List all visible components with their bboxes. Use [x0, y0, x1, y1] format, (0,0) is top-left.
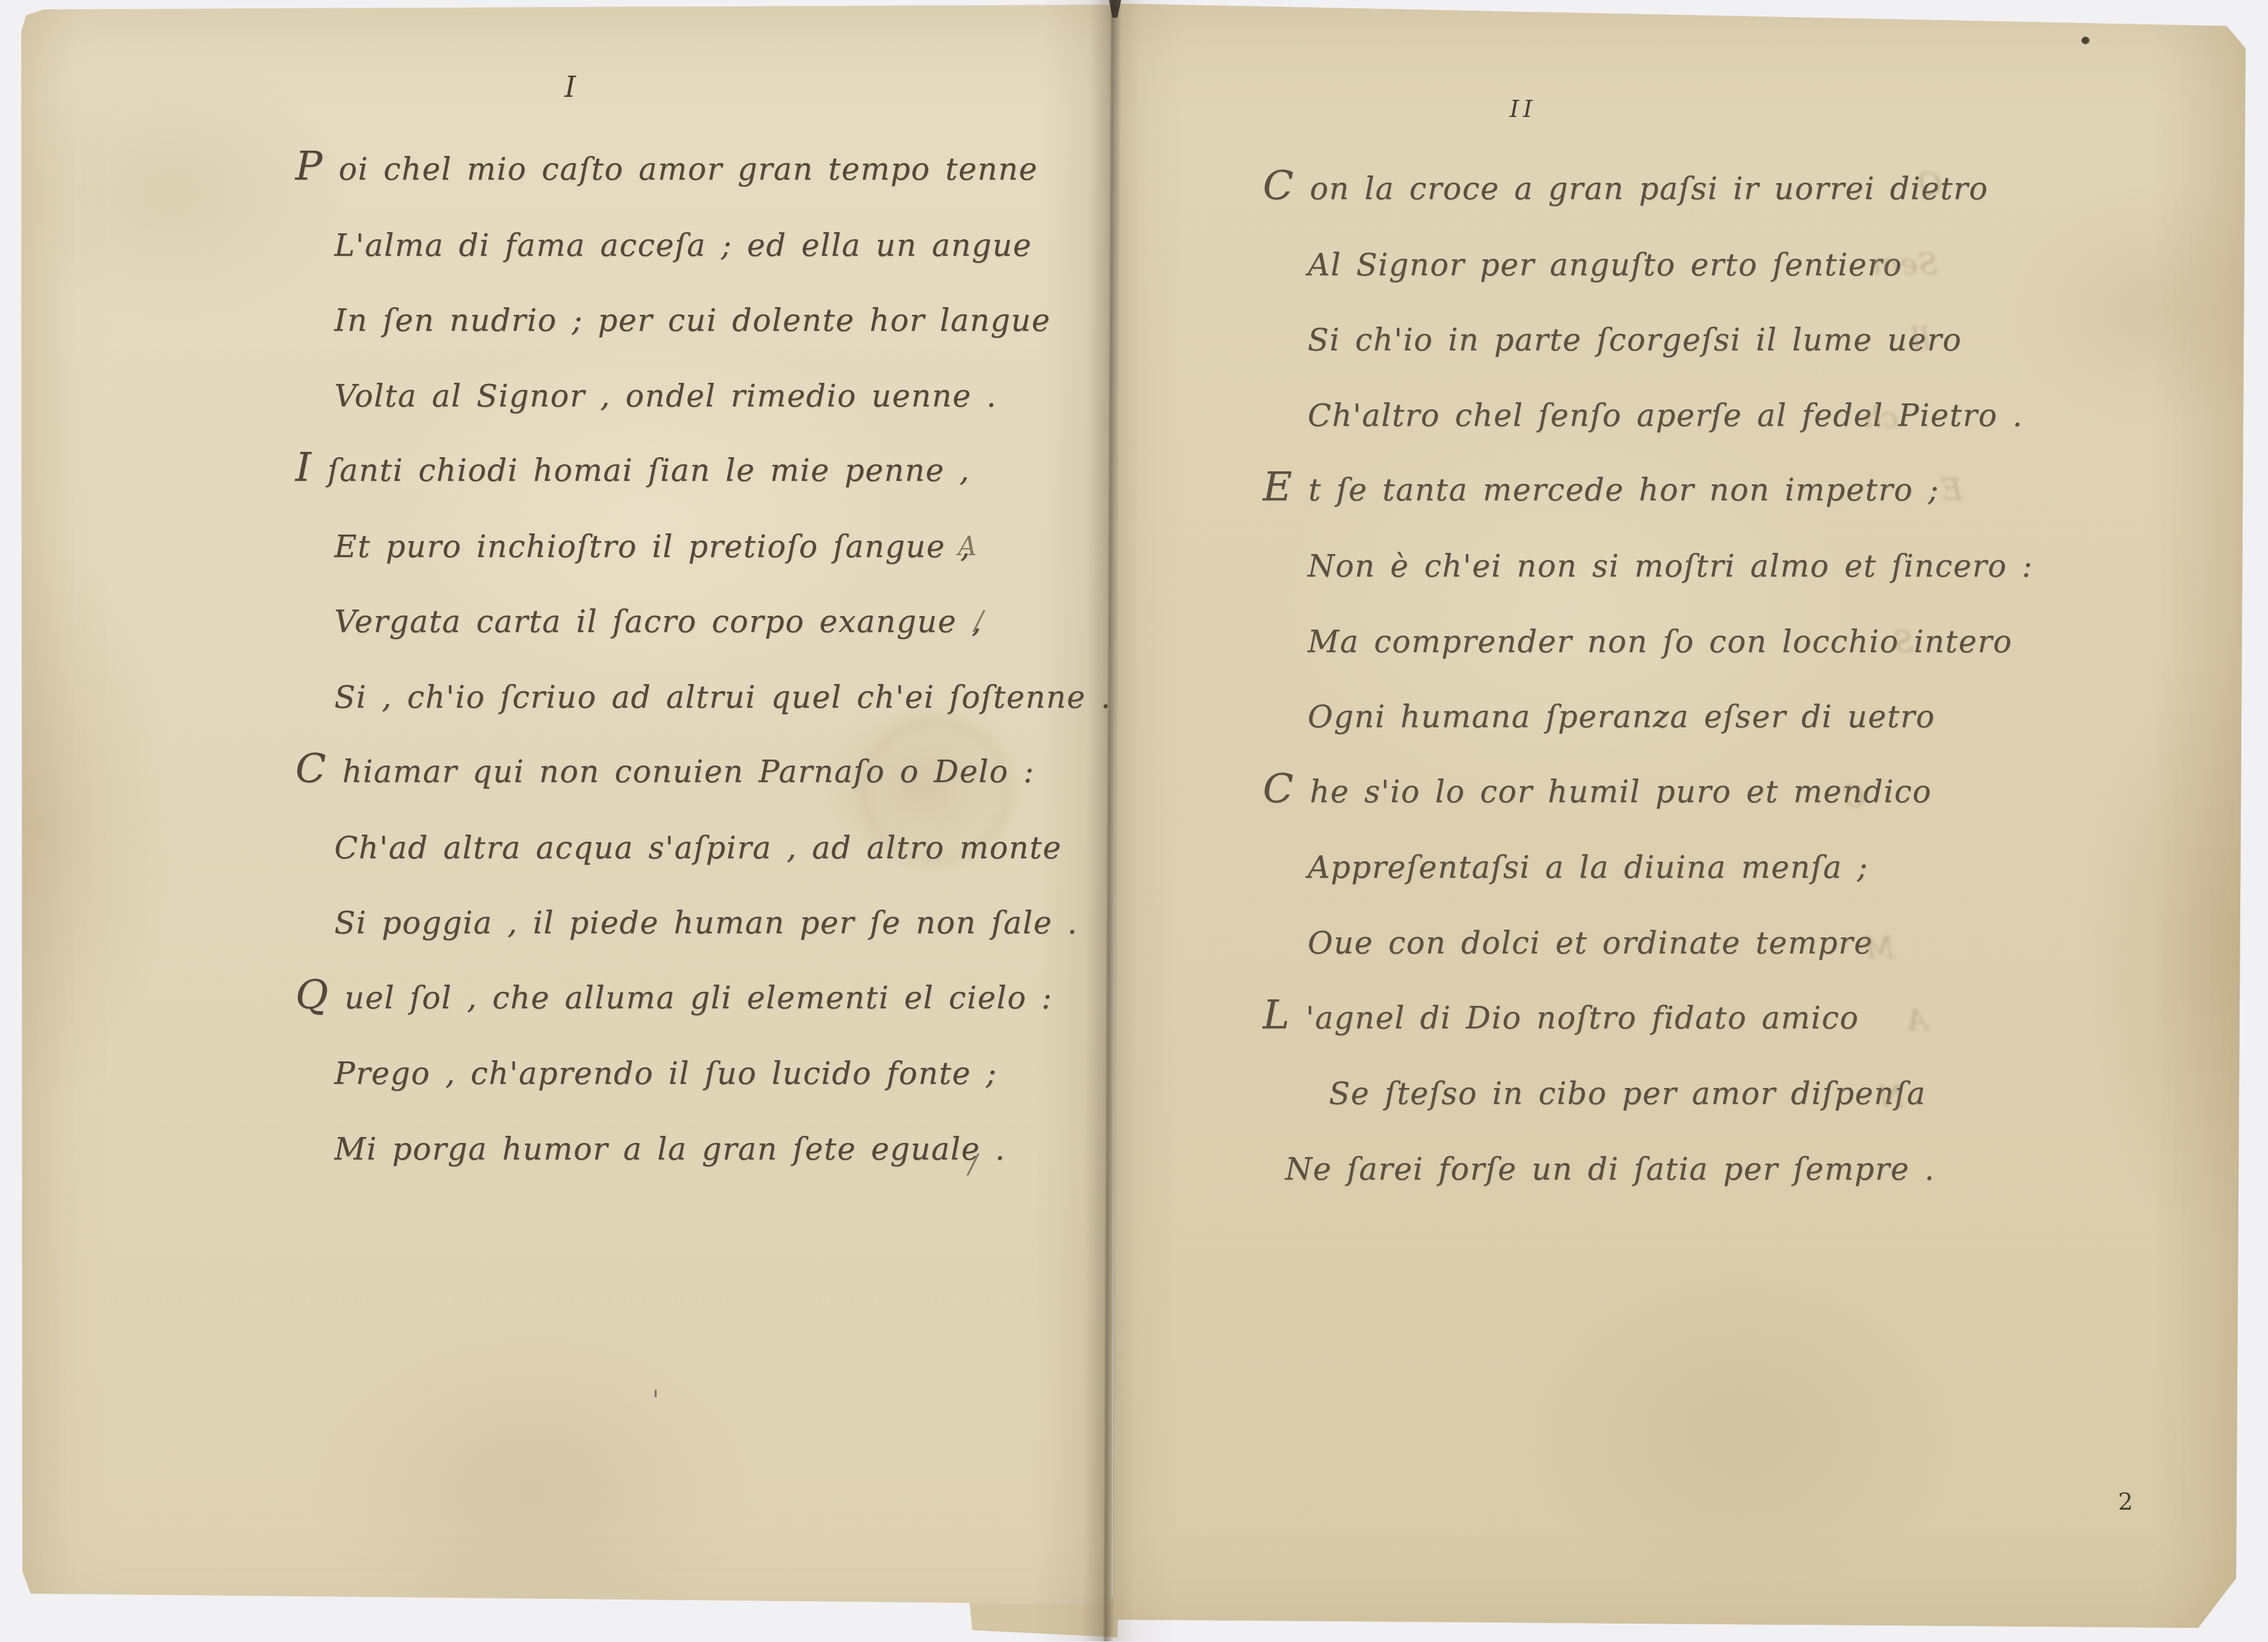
verse-text: Mi porga humor a la gran ſete eguale . — [334, 1132, 1006, 1167]
verse-text: Al Signor per anguſto erto ſentiero — [1308, 247, 1902, 283]
verse-text: In ſen nudrio ; per cui dolente hor lang… — [334, 303, 1051, 338]
verse-text: Vergata carta il ſacro corpo exangue , — [334, 604, 982, 640]
verse-line: Poi chel mio caſto amor gran tempo tenne — [295, 146, 1038, 187]
verse-text: Ne ſarei forſe un di ſatia per ſempre . — [1285, 1152, 1935, 1187]
verse-line: Non è ch'ei non si moſtri almo et ſincer… — [1308, 551, 2033, 582]
verse-text: Si poggia , il piede human per ſe non ſa… — [334, 905, 1078, 941]
show-through-mark: Sem — [1872, 247, 1938, 281]
verse-text: Prego , ch'aprendo il ſuo lucido fonte ; — [334, 1056, 997, 1092]
verse-text: ſanti chiodi homai ſian le mie penne , — [327, 453, 970, 488]
left-folio-numeral: I — [565, 71, 576, 104]
verse-text: hiamar qui non conuien Parnaſo o Delo : — [343, 754, 1035, 790]
stanza-initial: C — [295, 745, 327, 792]
verse-line: Mi porga humor a la gran ſete eguale . — [334, 1134, 1006, 1165]
stanza-initial: P — [295, 143, 323, 190]
verse-line: Si , ch'io ſcriuo ad altrui quel ch'ei ſ… — [334, 682, 1112, 713]
verse-line: In ſen nudrio ; per cui dolente hor lang… — [334, 305, 1051, 336]
verse-line: Se ſteſso in cibo per amor diſpenſa — [1329, 1079, 1926, 1109]
stanza-initial: C — [1263, 162, 1295, 209]
stanza-initial: L — [1263, 992, 1291, 1038]
show-through-mark: ch — [1863, 400, 1898, 435]
show-through-mark: C — [1843, 780, 1865, 814]
verse-line: L'agnel di Dio noſtro fidato amico — [1263, 995, 1859, 1035]
verse-line: Oue con dolci et ordinate tempre — [1308, 928, 1873, 959]
page-number: 2 — [2118, 1488, 2133, 1516]
verse-line: Et puro inchioſtro il pretioſo ſangue , — [334, 532, 971, 562]
show-through-mark: M — [1864, 931, 1894, 965]
verse-text: Non è ch'ei non si moſtri almo et ſincer… — [1308, 549, 2033, 584]
wormhole-speck — [2081, 37, 2090, 44]
verse-line: L'alma di fama acceſa ; ed ella un angue — [334, 230, 1032, 261]
verse-line: Iſanti chiodi homai ſian le mie penne , — [295, 448, 970, 488]
verse-text: Appreſentaſsi a la diuina menſa ; — [1308, 850, 1868, 885]
verse-line: Volta al Signor , ondel rimedio uenne . — [334, 381, 997, 412]
stanza-initial: Q — [295, 972, 329, 1018]
verse-text: Ch'ad altra acqua s'aſpira , ad altro mo… — [334, 830, 1062, 866]
right-folio-numeral: II — [1510, 96, 1537, 123]
verse-text: Volta al Signor , ondel rimedio uenne . — [334, 379, 997, 414]
show-through-mark: N — [1878, 1080, 1904, 1114]
verse-line: Ogni humana ſperanza eſser di uetro — [1308, 702, 1935, 732]
verse-line: Quel ſol , che alluma gli elementi el ci… — [295, 975, 1052, 1015]
verse-text: Si , ch'io ſcriuo ad altrui quel ch'ei ſ… — [334, 680, 1112, 715]
verse-text: L'alma di fama acceſa ; ed ella un angue — [334, 228, 1032, 263]
verse-text: Et puro inchioſtro il pretioſo ſangue , — [334, 529, 971, 565]
show-through-mark: A — [1907, 1003, 1928, 1037]
verse-line: Che s'io lo cor humil puro et mendico — [1263, 769, 1932, 809]
verse-line: Et ſe tanta mercede hor non impetro ; — [1263, 467, 1939, 507]
stanza-initial: C — [1263, 765, 1295, 812]
show-through-mark: E — [1941, 473, 1963, 507]
verse-text: Ch'altro chel ſenſo aperſe al fedel Piet… — [1308, 398, 2023, 434]
verse-text: uel ſol , che alluma gli elementi el cie… — [344, 980, 1052, 1016]
verse-text: Se ſteſso in cibo per amor diſpenſa — [1329, 1076, 1926, 1112]
verse-line: Vergata carta il ſacro corpo exangue , — [334, 607, 982, 637]
show-through-mark: Q — [1918, 167, 1943, 201]
verse-line: Con la croce a gran paſsi ir uorrei diet… — [1263, 166, 1989, 206]
pen-mark: / — [975, 606, 983, 636]
verse-text: Si ch'io in parte ſcorgeſsi il lume uero — [1308, 322, 1962, 358]
verse-line: Ch'ad altra acqua s'aſpira , ad altro mo… — [334, 833, 1062, 864]
verse-text: he s'io lo cor humil puro et mendico — [1310, 774, 1932, 810]
verse-line: Prego , ch'aprendo il ſuo lucido fonte ; — [334, 1058, 997, 1089]
verse-line: Ch'altro chel ſenſo aperſe al fedel Piet… — [1308, 400, 2023, 431]
verse-text: t ſe tanta mercede hor non impetro ; — [1308, 473, 1939, 508]
verse-line: Appreſentaſsi a la diuina menſa ; — [1308, 852, 1868, 883]
binding-gutter — [1034, 0, 1185, 1641]
verse-line: Al Signor per anguſto erto ſentiero — [1308, 250, 1902, 281]
pen-mark: ' — [652, 1386, 659, 1416]
show-through-mark: ll — [1911, 322, 1930, 356]
verse-text: 'agnel di Dio noſtro fidato amico — [1306, 1001, 1859, 1036]
pen-mark: A — [958, 532, 977, 562]
verse-text: oi chel mio caſto amor gran tempo tenne — [338, 152, 1038, 187]
stanza-initial: I — [295, 444, 312, 491]
pen-mark: / — [969, 1149, 977, 1180]
verse-line: Si ch'io in parte ſcorgeſsi il lume uero — [1308, 325, 1962, 356]
verse-line: Ne ſarei forſe un di ſatia per ſempre . — [1285, 1154, 1935, 1185]
verse-text: Oue con dolci et ordinate tempre — [1308, 926, 1873, 961]
stanza-initial: E — [1263, 464, 1293, 510]
verse-text: Ogni humana ſperanza eſser di uetro — [1308, 699, 1935, 735]
show-through-mark: S — [1894, 625, 1914, 659]
manuscript-spread: I Poi chel mio caſto amor gran tempo ten… — [0, 0, 2268, 1641]
verse-text: on la croce a gran paſsi ir uorrei dietr… — [1310, 171, 1989, 207]
verse-line: Chiamar qui non conuien Parnaſo o Delo : — [295, 749, 1035, 789]
verse-line: Si poggia , il piede human per ſe non ſa… — [334, 908, 1078, 939]
